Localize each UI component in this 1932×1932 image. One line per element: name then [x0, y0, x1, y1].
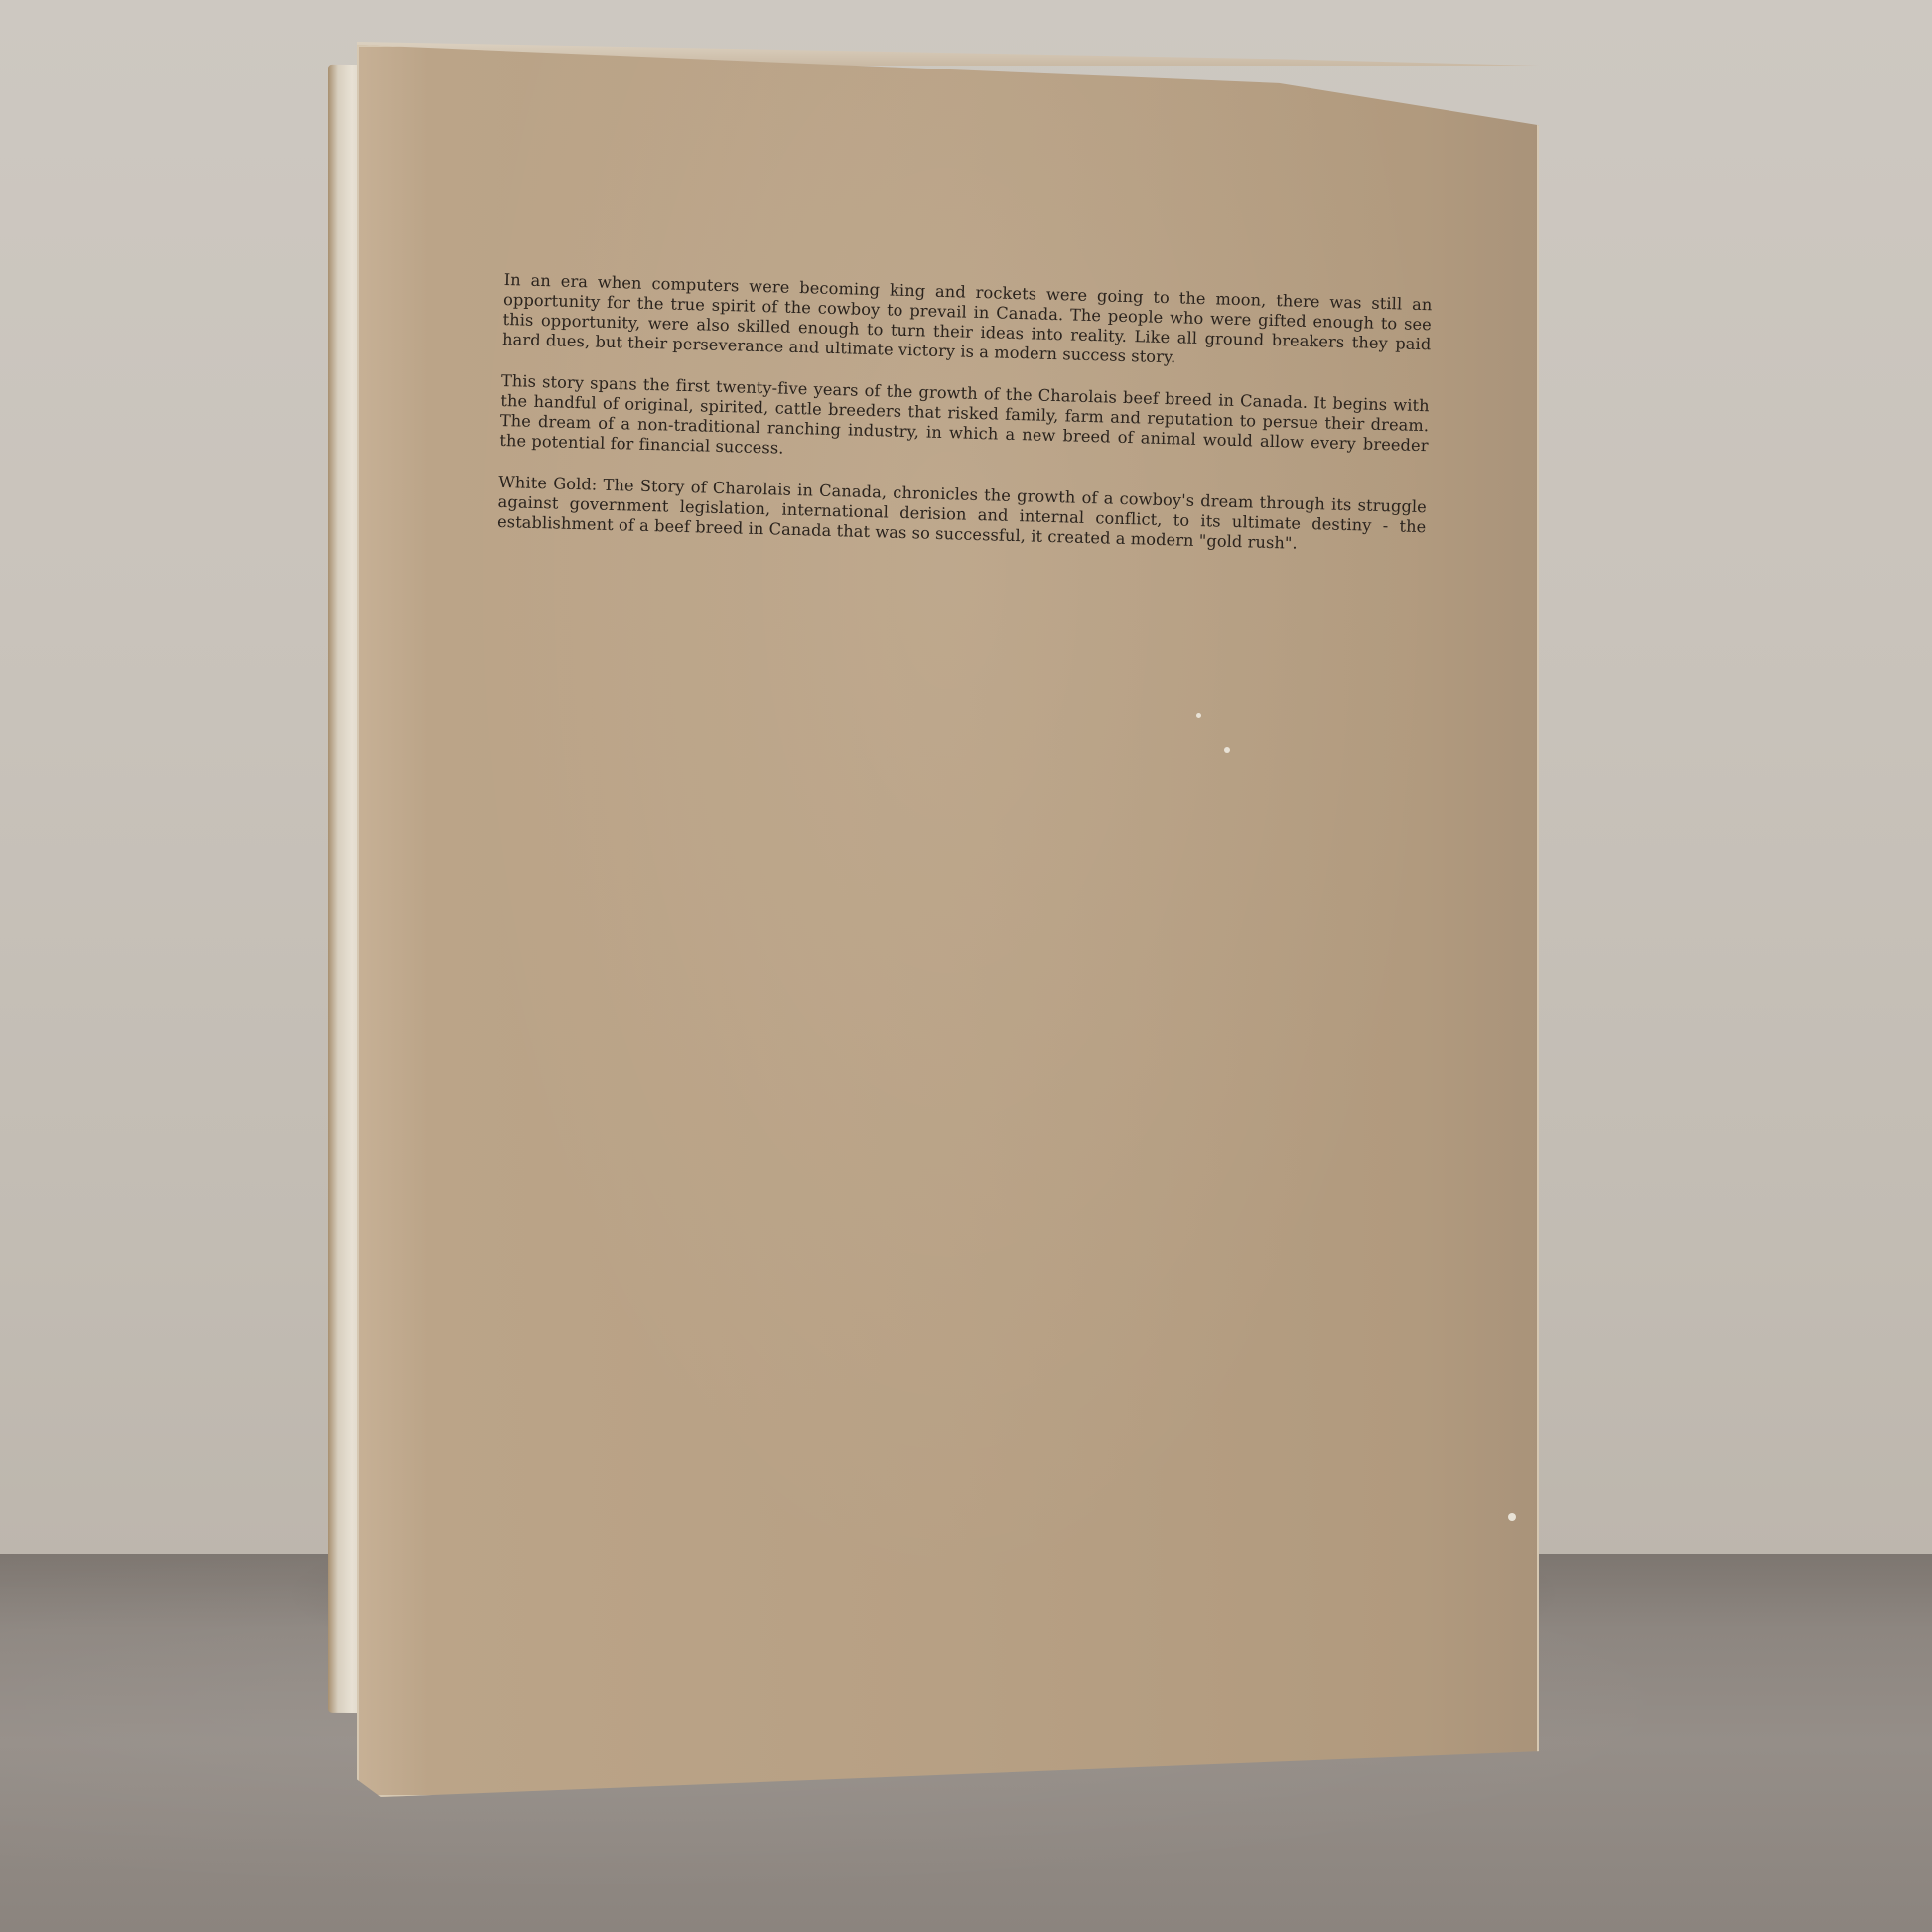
cover-speck	[1508, 1513, 1516, 1521]
blurb-paragraph-3: White Gold: The Story of Charolais in Ca…	[497, 473, 1427, 557]
cover-speck	[1224, 747, 1230, 753]
back-cover-blurb: In an era when computers were becoming k…	[496, 270, 1432, 579]
blurb-paragraph-2: This story spans the first twenty-five y…	[499, 371, 1430, 476]
cover-speck	[1196, 713, 1201, 718]
